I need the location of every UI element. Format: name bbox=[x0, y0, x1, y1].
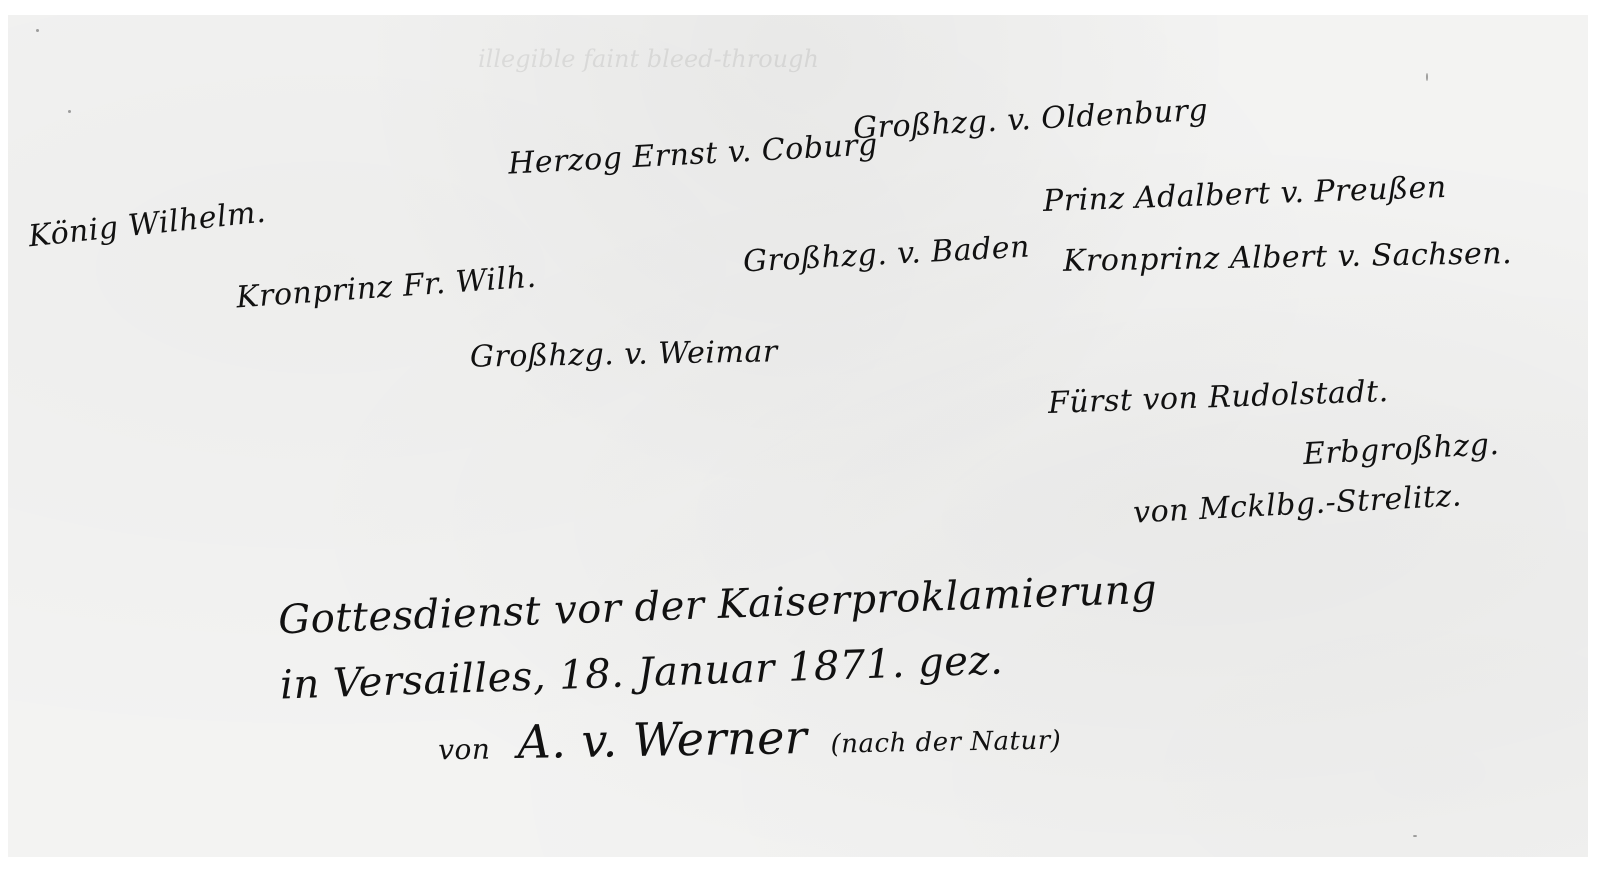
artist-signature: A. v. Werner bbox=[517, 710, 808, 769]
bleed-through-text: illegible faint bleed-through bbox=[478, 45, 819, 73]
paper-speck bbox=[68, 110, 71, 113]
name-koenig-wilhelm: König Wilhelm. bbox=[27, 198, 267, 253]
paper-speck bbox=[36, 29, 39, 32]
name-grosshzg-baden: Großhzg. v. Baden bbox=[742, 233, 1030, 278]
name-mecklenburg-strelitz: von Mcklbg.-Strelitz. bbox=[1132, 481, 1462, 528]
paper-speck bbox=[1413, 835, 1417, 837]
name-kronprinz-albert-sachsen: Kronprinz Albert v. Sachsen. bbox=[1063, 239, 1513, 277]
name-fuerst-rudolstadt: Fürst von Rudolstadt. bbox=[1048, 377, 1390, 419]
paper-speck bbox=[1426, 73, 1428, 81]
name-prinz-adalbert-preussen: Prinz Adalbert v. Preußen bbox=[1043, 173, 1448, 217]
name-herzog-ernst-coburg: Herzog Ernst v. Coburg bbox=[507, 130, 878, 179]
caption-line-1: Gottesdienst vor der Kaiserproklamierung bbox=[278, 570, 1158, 641]
caption-nach-der-natur: (nach der Natur) bbox=[830, 726, 1061, 760]
caption-von: von bbox=[438, 733, 491, 767]
name-kronprinz-fr-wilh: Kronprinz Fr. Wilh. bbox=[235, 263, 537, 314]
name-erbgrosshzg: Erbgroßhzg. bbox=[1302, 430, 1500, 470]
caption-line-2: in Versailles, 18. Januar 1871. gez. bbox=[280, 640, 1004, 705]
handwritten-page: illegible faint bleed-through König Wilh… bbox=[8, 15, 1588, 857]
name-grosshzg-oldenburg: Großhzg. v. Oldenburg bbox=[852, 96, 1208, 145]
caption-line-3: von A. v. Werner (nach der Natur) bbox=[438, 710, 1062, 767]
name-grosshzg-weimar: Großhzg. v. Weimar bbox=[470, 337, 778, 372]
